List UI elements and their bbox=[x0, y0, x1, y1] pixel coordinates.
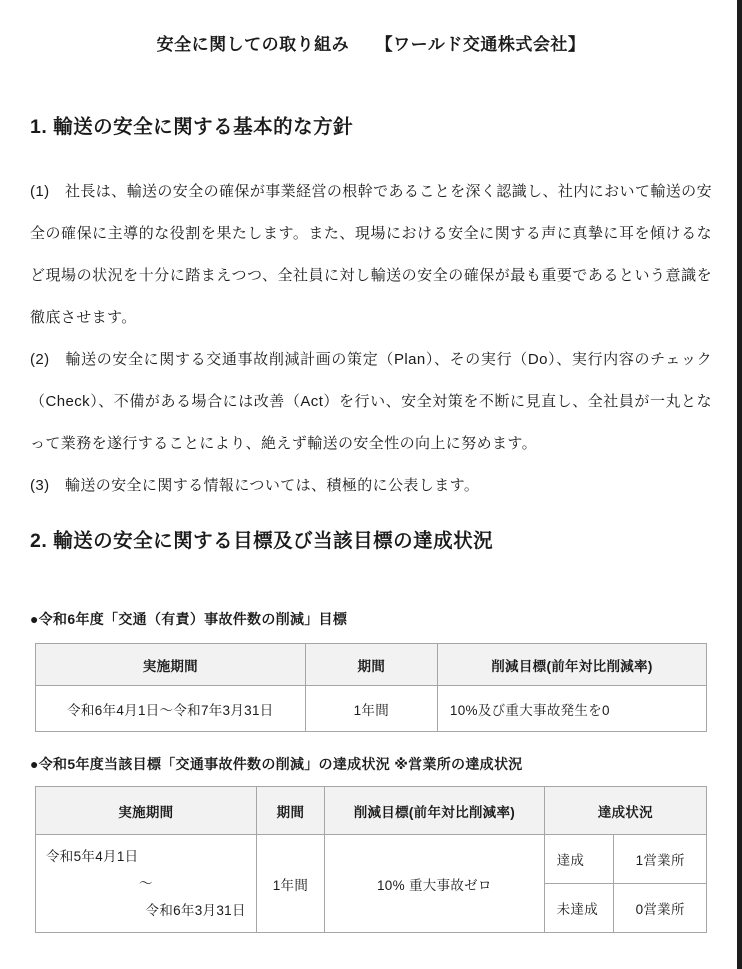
paragraph-2: (2) 輸送の安全に関する交通事故削減計画の策定（Plan）、その実行（Do）、… bbox=[30, 339, 712, 465]
cell-status-label-achieved: 達成 bbox=[544, 835, 614, 884]
cell-target: 10%及び重大事故発生を0 bbox=[437, 686, 706, 732]
achievement-status-table: 実施期間 期間 削減目標(前年対比削減率) 達成状況 令和5年4月1日 ～ 令和… bbox=[35, 786, 707, 933]
header-cell-duration: 期間 bbox=[305, 644, 437, 686]
period-tilde: ～ bbox=[46, 870, 246, 897]
table-1-caption: ●令和6年度「交通（有責）事故件数の削減」目標 bbox=[30, 609, 712, 629]
cell-period: 令和6年4月1日～令和7年3月31日 bbox=[36, 686, 306, 732]
document-page: 安全に関しての取り組み 【ワールド交通株式会社】 1. 輸送の安全に関する基本的… bbox=[0, 0, 742, 969]
page-right-border bbox=[737, 0, 742, 969]
paragraph-1: (1) 社長は、輸送の安全の確保が事業経営の根幹であることを深く認識し、社内にお… bbox=[30, 171, 712, 339]
table-row: 令和6年4月1日～令和7年3月31日 1年間 10%及び重大事故発生を0 bbox=[36, 686, 707, 732]
reduction-target-table: 実施期間 期間 削減目標(前年対比削減率) 令和6年4月1日～令和7年3月31日… bbox=[35, 643, 707, 732]
header-cell-target: 削減目標(前年対比削減率) bbox=[437, 644, 706, 686]
cell-status-count-achieved: 1営業所 bbox=[614, 835, 707, 884]
table-header-row: 実施期間 期間 削減目標(前年対比削減率) bbox=[36, 644, 707, 686]
cell-duration: 1年間 bbox=[305, 686, 437, 732]
table-row: 令和5年4月1日 ～ 令和6年3月31日 1年間 10% 重大事故ゼロ 達成 1… bbox=[36, 835, 707, 884]
paragraph-3: (3) 輸送の安全に関する情報については、積極的に公表します。 bbox=[30, 465, 712, 507]
header-cell-duration: 期間 bbox=[256, 787, 324, 835]
header-cell-period: 実施期間 bbox=[36, 787, 257, 835]
table-header-row: 実施期間 期間 削減目標(前年対比削減率) 達成状況 bbox=[36, 787, 707, 835]
table-2-caption: ●令和5年度当該目標「交通事故件数の削減」の達成状況 ※営業所の達成状況 bbox=[30, 754, 712, 774]
cell-status-count-unachieved: 0営業所 bbox=[614, 884, 707, 933]
header-cell-target: 削減目標(前年対比削減率) bbox=[325, 787, 544, 835]
section-1-heading: 1. 輸送の安全に関する基本的な方針 bbox=[30, 111, 712, 139]
period-start: 令和5年4月1日 bbox=[46, 843, 246, 870]
header-cell-period: 実施期間 bbox=[36, 644, 306, 686]
period-end: 令和6年3月31日 bbox=[46, 897, 246, 924]
section-2-heading: 2. 輸送の安全に関する目標及び当該目標の達成状況 bbox=[30, 525, 712, 553]
header-cell-status: 達成状況 bbox=[544, 787, 706, 835]
cell-duration: 1年間 bbox=[256, 835, 324, 933]
cell-target: 10% 重大事故ゼロ bbox=[325, 835, 544, 933]
cell-period: 令和5年4月1日 ～ 令和6年3月31日 bbox=[36, 835, 257, 933]
cell-status-label-unachieved: 未達成 bbox=[544, 884, 614, 933]
section-1-body: (1) 社長は、輸送の安全の確保が事業経営の根幹であることを深く認識し、社内にお… bbox=[30, 171, 712, 507]
page-title: 安全に関しての取り組み 【ワールド交通株式会社】 bbox=[30, 30, 712, 55]
